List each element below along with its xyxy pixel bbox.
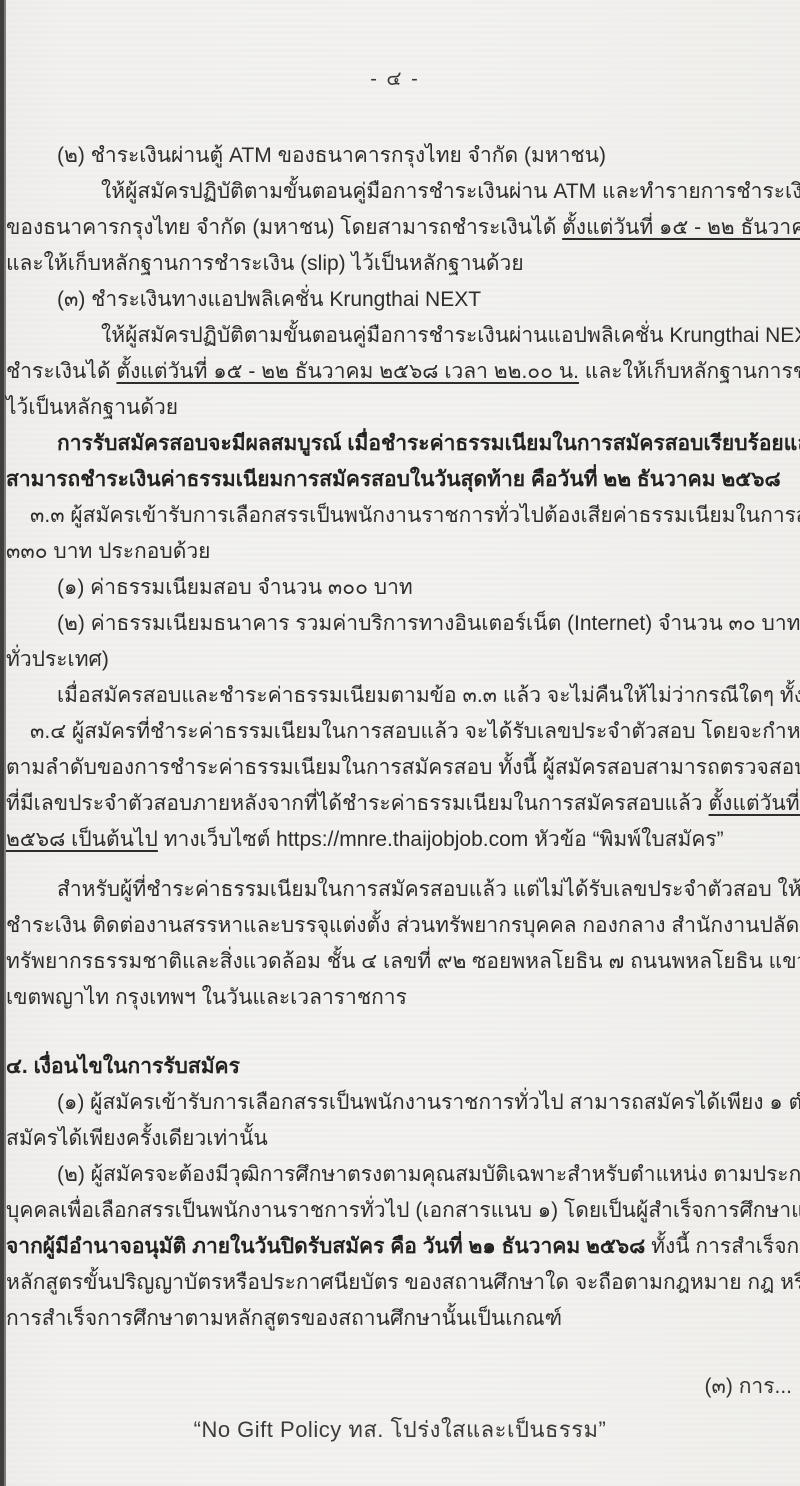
text-line: สามารถชำระเงินค่าธรรมเนียมการสมัครสอบในว… (6, 462, 798, 498)
text-segment: ไว้เป็นหลักฐานด้วย (6, 396, 178, 419)
text-segment: และให้เก็บหลักฐานการชำระเงิน (slip) (579, 360, 800, 383)
text-line: หลักสูตรขั้นปริญญาบัตรหรือประกาศนียบัตร … (6, 1265, 798, 1301)
text-line: (๓) ชำระเงินทางแอปพลิเคชั่น Krungthai NE… (6, 282, 798, 318)
text-segment: ๓.๓ ผู้สมัครเข้ารับการเลือกสรรเป็นพนักงา… (30, 504, 800, 527)
text-segment: ๓๓๐ บาท ประกอบด้วย (6, 540, 210, 563)
text-segment: (๑) ค่าธรรมเนียมสอบ จำนวน ๓๐๐ บาท (57, 576, 413, 599)
text-line: ให้ผู้สมัครปฏิบัติตามขั้นตอนคู่มือการชำร… (6, 174, 798, 210)
text-segment: ทั้งนี้ การสำเร็จการศึกษาตาม (645, 1235, 800, 1258)
text-segment: ที่มีเลขประจำตัวสอบภายหลังจากที่ได้ชำระค… (6, 792, 709, 815)
scanned-document-page: - ๔ - (๒) ชำระเงินผ่านตู้ ATM ของธนาคารก… (0, 0, 800, 1486)
text-line: ไว้เป็นหลักฐานด้วย (6, 390, 798, 426)
text-line: สำหรับผู้ที่ชำระค่าธรรมเนียมในการสมัครสอ… (6, 872, 798, 908)
text-segment: (๒) ค่าธรรมเนียมธนาคาร รวมค่าบริการทางอิ… (57, 612, 800, 635)
text-segment: ทางเว็บไซต์ https://mnre.thaijobjob.com … (158, 828, 724, 851)
text-segment: บุคคลเพื่อเลือกสรรเป็นพนักงานราชการทั่วไ… (6, 1199, 800, 1222)
text-segment: ชำระเงิน ติดต่องานสรรหาและบรรจุแต่งตั้ง … (6, 914, 800, 937)
text-line: การรับสมัครสอบจะมีผลสมบูรณ์ เมื่อชำระค่า… (6, 426, 798, 462)
text-line: บุคคลเพื่อเลือกสรรเป็นพนักงานราชการทั่วไ… (6, 1193, 798, 1229)
text-segment: ให้ผู้สมัครปฏิบัติตามขั้นตอนคู่มือการชำร… (101, 180, 800, 203)
text-line: เมื่อสมัครสอบและชำระค่าธรรมเนียมตามข้อ ๓… (6, 678, 798, 714)
underlined-text: ตั้งแต่วันที่ ๒๖ ธันวาคม (709, 792, 800, 815)
page-number: - ๔ - (0, 62, 790, 94)
text-segment: และให้เก็บหลักฐานการชำระเงิน (slip) ไว้เ… (6, 252, 524, 275)
underlined-text: ตั้งแต่วันที่ ๑๕ - ๒๒ ธันวาคม ๒๕๖๘ เวลา … (116, 360, 579, 383)
text-line: ทั่วประเทศ) (6, 642, 798, 678)
text-line: ๓๓๐ บาท ประกอบด้วย (6, 534, 798, 570)
text-segment: เขตพญาไท กรุงเทพฯ ในวันและเวลาราชการ (6, 986, 407, 1009)
bold-text: จากผู้มีอำนาจอนุมัติ ภายในวันปิดรับสมัคร… (6, 1235, 645, 1258)
text-line: (๒) ค่าธรรมเนียมธนาคาร รวมค่าบริการทางอิ… (6, 606, 798, 642)
text-segment: สำหรับผู้ที่ชำระค่าธรรมเนียมในการสมัครสอ… (57, 878, 800, 901)
text-segment: ของธนาคารกรุงไทย จำกัด (มหาชน) โดยสามารถ… (6, 216, 562, 239)
text-line: ๒๕๖๘ เป็นต้นไป ทางเว็บไซต์ https://mnre.… (6, 822, 798, 858)
text-line: (๑) ผู้สมัครเข้ารับการเลือกสรรเป็นพนักงา… (6, 1085, 798, 1121)
text-segment: (๒) ผู้สมัครจะต้องมีวุฒิการศึกษาตรงตามคุ… (57, 1163, 800, 1186)
text-line: สมัครได้เพียงครั้งเดียวเท่านั้น (6, 1121, 798, 1157)
text-line: จากผู้มีอำนาจอนุมัติ ภายในวันปิดรับสมัคร… (6, 1229, 798, 1265)
text-line: ๓.๔ ผู้สมัครที่ชำระค่าธรรมเนียมในการสอบแ… (6, 714, 798, 750)
footer-slogan: “No Gift Policy ทส. โปร่งใสและเป็นธรรม” (0, 1412, 800, 1447)
text-segment: หลักสูตรขั้นปริญญาบัตรหรือประกาศนียบัตร … (6, 1271, 800, 1294)
document-lines: (๒) ชำระเงินผ่านตู้ ATM ของธนาคารกรุงไทย… (6, 138, 798, 1337)
text-line: ชำระเงินได้ ตั้งแต่วันที่ ๑๕ - ๒๒ ธันวาค… (6, 354, 798, 390)
text-line: ตามลำดับของการชำระค่าธรรมเนียมในการสมัคร… (6, 750, 798, 786)
text-segment: (๒) ชำระเงินผ่านตู้ ATM ของธนาคารกรุงไทย… (57, 144, 606, 167)
text-line: (๒) ผู้สมัครจะต้องมีวุฒิการศึกษาตรงตามคุ… (6, 1157, 798, 1193)
text-line: และให้เก็บหลักฐานการชำระเงิน (slip) ไว้เ… (6, 246, 798, 282)
text-segment: การสำเร็จการศึกษาตามหลักสูตรของสถานศึกษา… (6, 1307, 562, 1330)
continuation-marker: (๓) การ... (705, 1370, 792, 1403)
text-segment: (๑) ผู้สมัครเข้ารับการเลือกสรรเป็นพนักงา… (57, 1091, 800, 1114)
text-segment: สมัครได้เพียงครั้งเดียวเท่านั้น (6, 1127, 268, 1150)
text-line: ทรัพยากรธรรมชาติและสิ่งแวดล้อม ชั้น ๔ เล… (6, 944, 798, 980)
text-segment: เมื่อสมัครสอบและชำระค่าธรรมเนียมตามข้อ ๓… (57, 684, 800, 707)
text-line: ชำระเงิน ติดต่องานสรรหาและบรรจุแต่งตั้ง … (6, 908, 798, 944)
text-segment: (๓) ชำระเงินทางแอปพลิเคชั่น Krungthai NE… (57, 288, 481, 311)
text-segment: ชำระเงินได้ (6, 360, 116, 383)
bold-text: สามารถชำระเงินค่าธรรมเนียมการสมัครสอบในว… (6, 468, 781, 491)
bold-text: การรับสมัครสอบจะมีผลสมบูรณ์ เมื่อชำระค่า… (57, 432, 800, 455)
text-line: ของธนาคารกรุงไทย จำกัด (มหาชน) โดยสามารถ… (6, 210, 798, 246)
text-segment: ทั่วประเทศ) (6, 648, 109, 671)
text-line: ที่มีเลขประจำตัวสอบภายหลังจากที่ได้ชำระค… (6, 786, 798, 822)
text-segment: ๓.๔ ผู้สมัครที่ชำระค่าธรรมเนียมในการสอบแ… (30, 720, 800, 743)
text-line: การสำเร็จการศึกษาตามหลักสูตรของสถานศึกษา… (6, 1301, 798, 1337)
text-line: ให้ผู้สมัครปฏิบัติตามขั้นตอนคู่มือการชำร… (6, 318, 798, 354)
text-line: ๓.๓ ผู้สมัครเข้ารับการเลือกสรรเป็นพนักงา… (6, 498, 798, 534)
underlined-text: ตั้งแต่วันที่ ๑๕ - ๒๒ ธันวาคม ๒๕๖๘ เวลา … (562, 216, 800, 239)
text-segment: ตามลำดับของการชำระค่าธรรมเนียมในการสมัคร… (6, 756, 800, 779)
bold-text: ๔. เงื่อนไขในการรับสมัคร (6, 1055, 240, 1078)
text-line: เขตพญาไท กรุงเทพฯ ในวันและเวลาราชการ (6, 980, 798, 1016)
text-line: (๒) ชำระเงินผ่านตู้ ATM ของธนาคารกรุงไทย… (6, 138, 798, 174)
text-line: ๔. เงื่อนไขในการรับสมัคร (6, 1049, 798, 1085)
underlined-text: ๒๕๖๘ เป็นต้นไป (6, 828, 158, 851)
text-segment: ทรัพยากรธรรมชาติและสิ่งแวดล้อม ชั้น ๔ เล… (6, 950, 800, 973)
text-segment: ให้ผู้สมัครปฏิบัติตามขั้นตอนคู่มือการชำร… (101, 324, 800, 347)
text-line: (๑) ค่าธรรมเนียมสอบ จำนวน ๓๐๐ บาท (6, 570, 798, 606)
